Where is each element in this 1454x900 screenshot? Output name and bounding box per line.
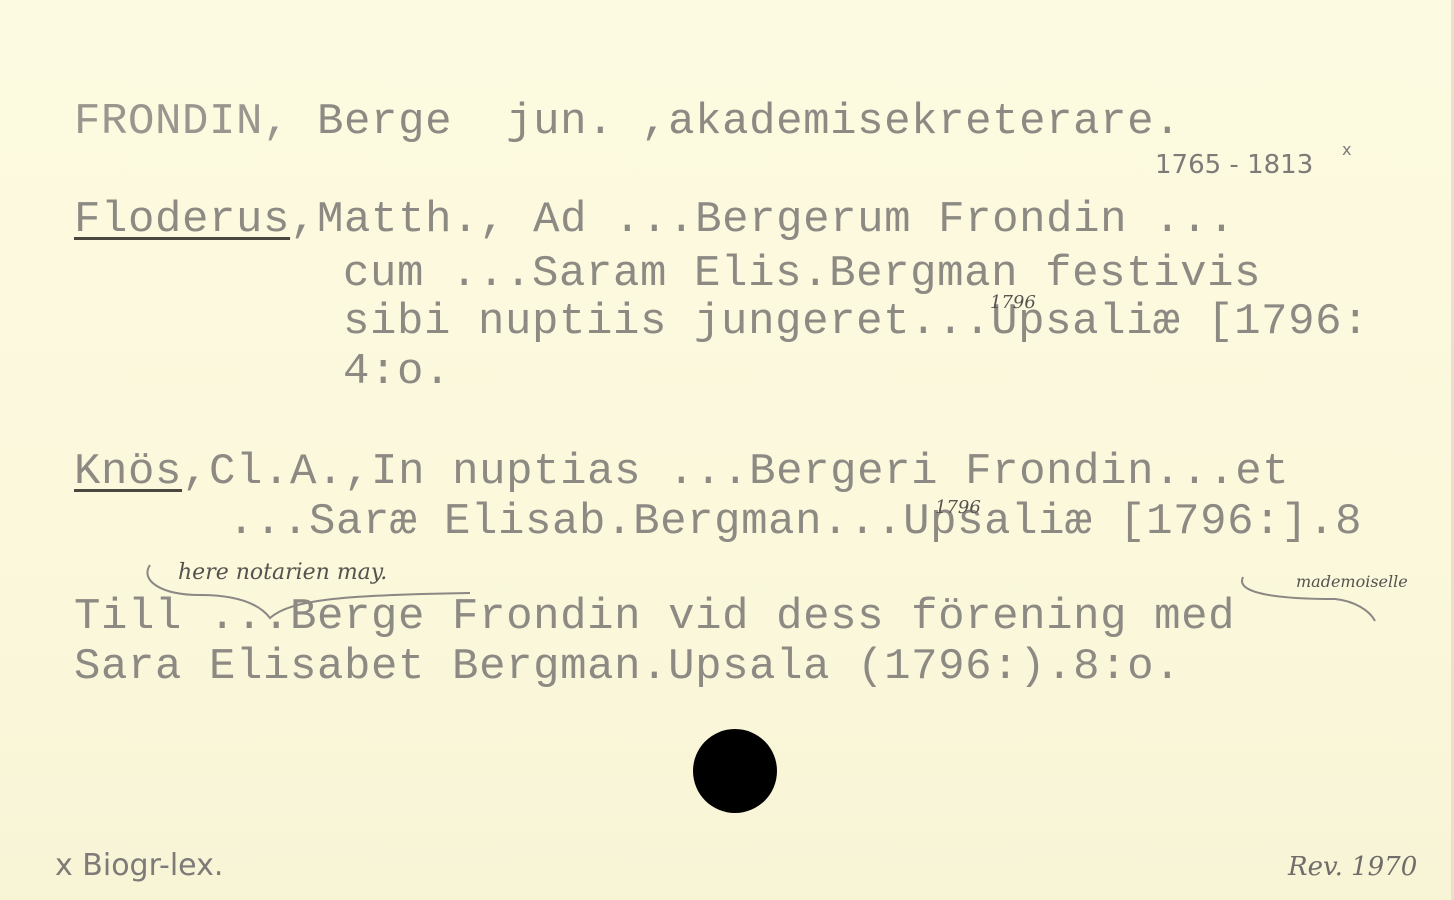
handwritten-year-floderus: 1796 [990,292,1036,313]
entry-floderus-line-2: cum ...Saram Elis.Bergman festivis [343,252,1261,296]
handwritten-year-knos: 1796 [935,497,981,518]
life-dates: 1765 - 1813 [1155,150,1313,180]
entry-knos-line-2: ...Saræ Elisab.Bergman...Upsaliæ [1796:]… [228,500,1362,544]
heading-line: FRONDIN, Berge jun. ,akademisekreterare. [74,100,1181,144]
entry-text: ,Matth., Ad ...Bergerum Frondin ... [290,195,1235,245]
entry-knos-line-1: Knös,Cl.A.,In nuptias ...Bergeri Frondin… [74,450,1289,494]
entry-floderus-line-4: 4:o. [343,350,451,394]
insert-mademoiselle-stroke [1235,575,1385,625]
footer-note-biogr-lex: x Biogr-lex. [55,848,223,883]
entry-till-line-1: Till ...Berge Frondin vid dess förening … [74,595,1235,639]
punch-hole [693,729,777,813]
heading-given: Berge jun. ,akademisekreterare. [290,97,1181,147]
entry-till-line-2: Sara Elisabet Bergman.Upsala (1796:).8:o… [74,645,1181,689]
catalog-card: FRONDIN, Berge jun. ,akademisekreterare.… [0,0,1454,900]
footer-note-revision: Rev. 1970 [1288,852,1417,882]
entry-text: ,Cl.A.,In nuptias ...Bergeri Frondin...e… [182,447,1289,497]
dates-mark: x [1342,140,1351,159]
entry-floderus-line-1: Floderus,Matth., Ad ...Bergerum Frondin … [74,198,1235,242]
entry-author-knos: Knös [74,447,182,497]
entry-author-floderus: Floderus [74,195,290,245]
entry-floderus-line-3: sibi nuptiis jungeret...Upsaliæ [1796: [343,300,1369,344]
heading-name: FRONDIN, [74,97,290,147]
